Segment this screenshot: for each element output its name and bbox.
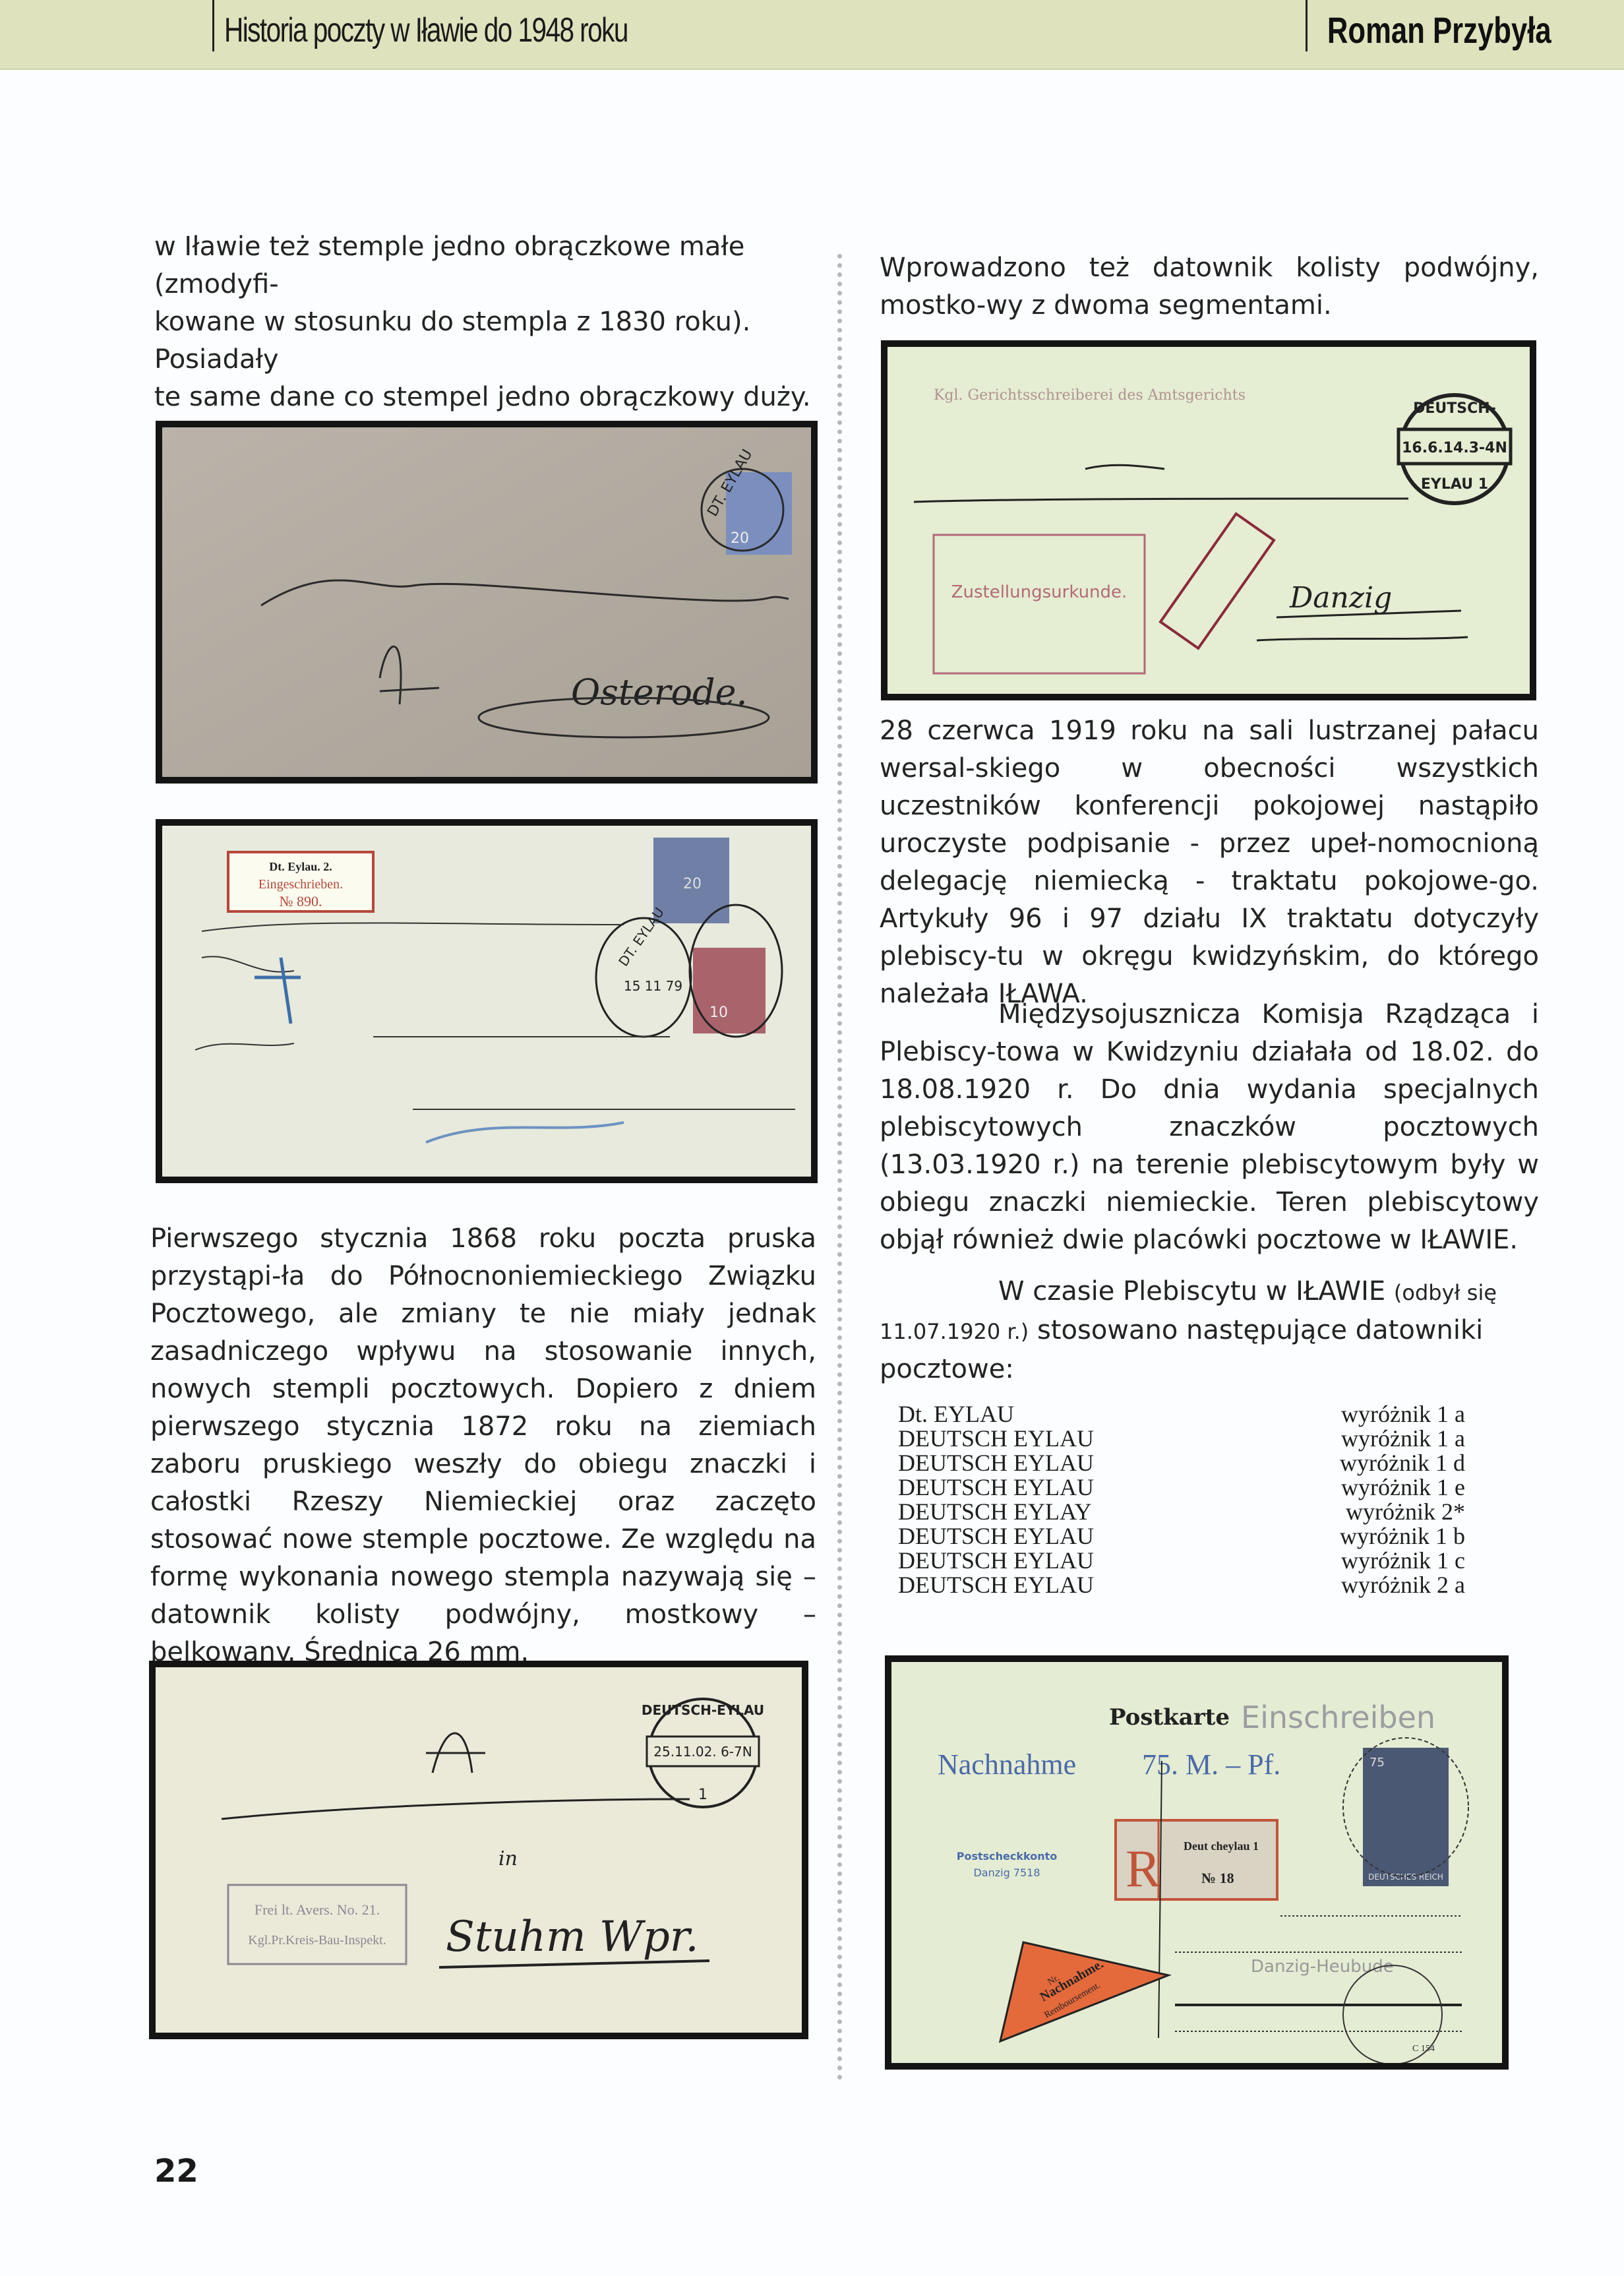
postmark-variant: wyróżnik 1 b [1340,1524,1465,1549]
svg-text:1: 1 [698,1787,707,1803]
postmark-variant: wyróżnik 1 e [1341,1475,1465,1500]
list-item: DEUTSCH EYLAYwyróżnik 2* [898,1500,1478,1524]
cover-photo-stuhm: DEUTSCH-EYLAU 25.11.02. 6-7N 1 in Frei l… [149,1661,808,2039]
postmark-name: DEUTSCH EYLAU [898,1427,1094,1451]
list-item: DEUTSCH EYLAUwyróżnik 1 e [898,1475,1478,1500]
svg-text:DEUTSCHES REICH: DEUTSCHES REICH [1368,1872,1443,1882]
postmark-name: Dt. EYLAU [898,1402,1014,1427]
postmark-variant: wyróżnik 2 a [1341,1573,1465,1597]
right-paragraph-1: Wprowadzono też datownik kolisty podwójn… [880,249,1539,324]
column-divider [837,254,842,2081]
svg-text:C 154: C 154 [1412,2044,1435,2054]
svg-text:Kgl. Gerichtsschreiberei des A: Kgl. Gerichtsschreiberei des Amtsgericht… [934,387,1246,404]
svg-text:Eingeschrieben.: Eingeschrieben. [258,877,343,892]
svg-text:Frei lt. Avers. No. 21.: Frei lt. Avers. No. 21. [255,1901,380,1918]
book-title: Historia poczty w Iławie do 1948 roku [224,11,628,50]
header-divider-left [212,0,214,51]
postmark-name: DEUTSCH EYLAU [898,1475,1094,1500]
svg-text:25.11.02. 6-7N: 25.11.02. 6-7N [653,1744,752,1760]
list-item: DEUTSCH EYLAUwyróżnik 1 c [898,1549,1478,1573]
svg-text:Kgl.Pr.Kreis-Bau-Inspekt.: Kgl.Pr.Kreis-Bau-Inspekt. [248,1933,386,1948]
svg-text:75: 75 [1369,1756,1385,1769]
page-header: Historia poczty w Iławie do 1948 roku Ro… [0,0,1624,70]
svg-text:20: 20 [683,876,702,892]
postmark-name: DEUTSCH EYLAU [898,1451,1094,1475]
svg-text:Zustellungsurkunde.: Zustellungsurkunde. [951,582,1128,602]
postmark-list: Dt. EYLAUwyróżnik 1 a DEUTSCH EYLAUwyróż… [898,1402,1478,1597]
text-line: w Iławie też stemple jedno obrączkowe ma… [154,228,814,303]
svg-text:Postkarte: Postkarte [1109,1704,1230,1731]
left-paragraph-2: Pierwszego stycznia 1868 roku poczta pru… [150,1220,816,1671]
svg-text:20: 20 [731,530,749,547]
svg-text:Danzig-Heubude: Danzig-Heubude [1251,1957,1394,1977]
svg-text:Osterode.: Osterode. [571,671,748,713]
cover-photo-registered-1879: Dt. Eylau. 2. Eingeschrieben. № 890. 20 … [156,819,818,1183]
paragraph-4-main: W czasie Plebiscytu w IŁAWIE [998,1276,1394,1307]
svg-text:Deut cheylau 1: Deut cheylau 1 [1184,1839,1259,1853]
svg-text:Stuhm Wpr.: Stuhm Wpr. [446,1913,699,1961]
postmark-name: DEUTSCH EYLAU [898,1524,1094,1549]
svg-text:DEUTSCH-: DEUTSCH- [1413,400,1496,417]
right-paragraph-2: 28 czerwca 1919 roku na sali lustrzanej … [880,712,1539,1013]
svg-text:15 11 79: 15 11 79 [624,978,682,994]
text-line: te same dane co stempel jedno obrączkowy… [154,379,814,416]
postmark-variant: wyróżnik 2* [1346,1500,1465,1524]
postmark-variant: wyróżnik 1 d [1340,1451,1465,1475]
svg-text:Nachnahme: Nachnahme [938,1748,1076,1781]
svg-text:Dt. Eylau. 2.: Dt. Eylau. 2. [269,860,332,873]
postmark-variant: wyróżnik 1 a [1341,1402,1465,1427]
postmark-name: DEUTSCH EYLAU [898,1549,1094,1573]
svg-text:Postscheckkonto: Postscheckkonto [957,1850,1058,1862]
list-item: DEUTSCH EYLAUwyróżnik 1 b [898,1524,1478,1549]
svg-text:75. M. – Pf.: 75. M. – Pf. [1142,1748,1280,1781]
postmark-variant: wyróżnik 1 a [1341,1427,1465,1451]
svg-text:16.6.14.3-4N: 16.6.14.3-4N [1402,440,1507,456]
right-paragraph-3: Międzysojusznicza Komisja Rządząca i Ple… [880,996,1539,1259]
svg-text:№ 890.: № 890. [280,893,322,909]
svg-text:DEUTSCH-EYLAU: DEUTSCH-EYLAU [642,1702,764,1718]
list-item: DEUTSCH EYLAUwyróżnik 1 a [898,1427,1478,1451]
svg-text:in: in [498,1847,518,1870]
list-item: DEUTSCH EYLAUwyróżnik 2 a [898,1573,1478,1597]
svg-text:№ 18: № 18 [1201,1870,1234,1886]
svg-text:R: R [1126,1840,1161,1898]
text-line: kowane w stosunku do stempla z 1830 roku… [154,303,814,379]
svg-text:Danzig: Danzig [1289,581,1392,615]
svg-text:10: 10 [709,1004,728,1021]
cover-photo-danzig-1914: Kgl. Gerichtsschreiberei des Amtsgericht… [881,340,1536,700]
page-number: 22 [154,2153,198,2190]
author-name: Roman Przybyła [1327,9,1551,51]
postmark-variant: wyróżnik 1 c [1341,1549,1465,1573]
cover-photo-osterode: DT. EYLAU 20 Osterode. [156,421,818,784]
svg-text:EYLAU 1: EYLAU 1 [1421,476,1488,493]
postmark-name: DEUTSCH EYLAU [898,1573,1094,1597]
svg-text:Einschreiben: Einschreiben [1241,1700,1435,1735]
list-item: DEUTSCH EYLAUwyróżnik 1 d [898,1451,1478,1475]
postcard-photo-nachnahme: Postkarte Einschreiben Nachnahme 75. M. … [885,1655,1509,2070]
svg-text:Danzig 7518: Danzig 7518 [973,1866,1040,1879]
postmark-name: DEUTSCH EYLAY [898,1500,1092,1524]
header-divider-right [1306,0,1308,51]
list-item: Dt. EYLAUwyróżnik 1 a [898,1402,1478,1427]
right-paragraph-4: W czasie Plebiscytu w IŁAWIE (odbył się … [880,1273,1539,1388]
